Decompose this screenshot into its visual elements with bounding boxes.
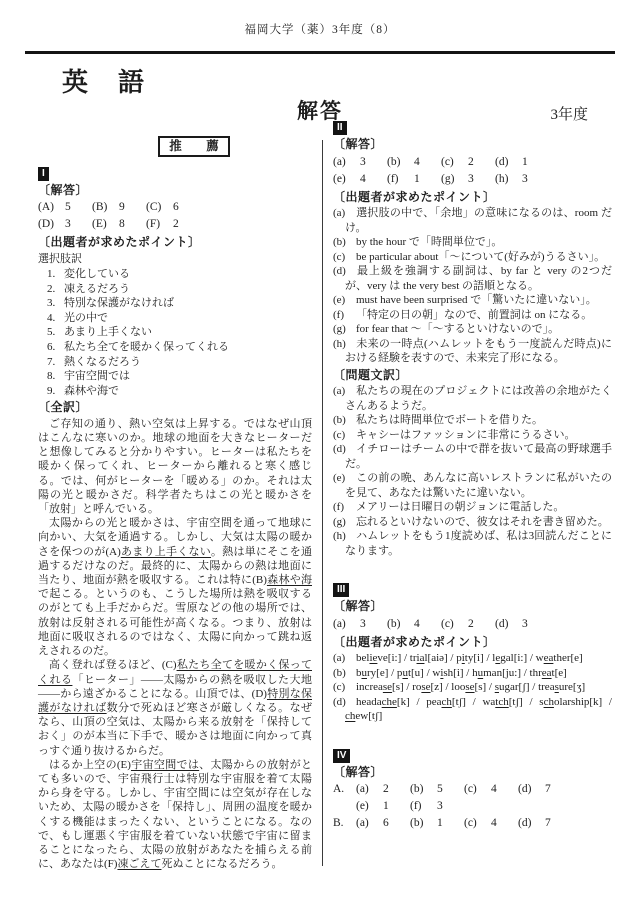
- text-run: [k] / pea: [397, 696, 442, 708]
- list-item: 9.森林や海で: [47, 384, 312, 399]
- translation-paragraph: はるか上空の(E)宇宙空間では、太陽からの放射がとても多いので、宇宙飛行士は特別…: [38, 758, 312, 872]
- answer-key: (c): [441, 154, 468, 171]
- underlined-phrase: tch: [495, 696, 508, 708]
- list-item: 2.凍えるだろう: [47, 282, 312, 297]
- section-2-translations-list: (a)私たちの現在のプロジェクトには改善の余地がたくさんあるようだ。(b)私たち…: [333, 384, 612, 558]
- answer-value: 1: [414, 171, 441, 188]
- underlined-phrase: 凍ごえて: [117, 858, 161, 870]
- text-run: [z] / loo: [431, 681, 466, 693]
- underlined-phrase: se: [383, 681, 392, 693]
- underlined-phrase: ch: [442, 696, 452, 708]
- answer-key: (a): [356, 781, 383, 798]
- item-label: 2.: [47, 282, 64, 297]
- section-1: I: [38, 166, 312, 181]
- answer-row: (e)1(f)3: [333, 798, 612, 815]
- item-label: 6.: [47, 340, 64, 355]
- text-run: 、太陽からの放射がとても多いので、宇宙飛行士は特別な宇宙服を着て太陽から身を守る…: [38, 759, 312, 870]
- answer-key: (c): [441, 616, 468, 633]
- section-3-points-heading: 〔出題者が求めたポイント〕: [333, 635, 612, 650]
- item-text: by the hour で「時間単位で」。: [356, 236, 502, 248]
- section-3-label: III: [333, 583, 349, 597]
- item-label: (d): [333, 442, 356, 457]
- item-label: 5.: [47, 325, 64, 340]
- answer-key: (a): [356, 815, 383, 832]
- list-item: (h)ハムレットをもう1度読めば、私は3回読んだことになります。: [333, 529, 612, 558]
- text-run: [s] /: [475, 681, 495, 693]
- section-1-points-heading: 〔出題者が求めたポイント〕: [38, 235, 312, 250]
- item-label: (b): [333, 413, 356, 428]
- item-text: 特別な保護がなければ: [64, 297, 174, 309]
- section-2-translations-heading: 〔問題文訳〕: [333, 368, 612, 383]
- answer-key: (c): [464, 815, 491, 832]
- text-run: ugar[ʃ] / trea: [499, 681, 555, 693]
- list-item: (d)最上級を強調する副詞は、by far と very の2つだが、very …: [333, 264, 612, 293]
- answer-key: (a): [333, 154, 360, 171]
- list-item: 6.私たち全てを暖かく保ってくれる: [47, 340, 312, 355]
- text-run: ご存知の通り、熱い空気は上昇する。ではなぜ山頂はこんなに寒いのか。地球の地面を大…: [38, 418, 312, 515]
- answer-key: (c): [464, 781, 491, 798]
- answer-key: (h): [495, 171, 522, 188]
- answer-key: (E): [92, 216, 119, 233]
- item-text: あまり上手くない: [64, 326, 152, 338]
- item-label: (g): [333, 515, 356, 530]
- item-text: 私たち全てを暖かく保ってくれる: [64, 341, 229, 353]
- list-item: 7.熱くなるだろう: [47, 355, 312, 370]
- item-text: 最上級を強調する副詞は、by far と very の2つだが、very は t…: [345, 265, 612, 292]
- item-text: for fear that ～「～するといけないので」。: [356, 323, 559, 335]
- text-run: sh[i] / h: [443, 667, 477, 679]
- section-3-answer-heading: 〔解答〕: [333, 599, 612, 614]
- list-item: (d)イチローはチームの中で群を抜いて最高の野球選手だ。: [333, 442, 612, 471]
- text-run: heada: [356, 696, 382, 708]
- item-label: (b): [333, 666, 356, 681]
- item-label: (a): [333, 651, 356, 666]
- item-label: (f): [333, 500, 356, 515]
- answer-key: (b): [410, 815, 437, 832]
- section-2-label: II: [333, 121, 347, 135]
- list-item: 8.宇宙空間では: [47, 369, 312, 384]
- item-text: must have been surprised で「驚いたに違いない」。: [356, 294, 597, 306]
- text-run: ther[e]: [553, 652, 582, 664]
- item-text: 変化している: [64, 268, 130, 280]
- answer-key: (F): [146, 216, 173, 233]
- section-3-points-list: (a)believe[i:] / trial[aiə] / pity[i] / …: [333, 651, 612, 724]
- answer-value: 9: [119, 199, 146, 216]
- list-item: (a)私たちの現在のプロジェクトには改善の余地がたくさんあるようだ。: [333, 384, 612, 413]
- list-item: (a)believe[i:] / trial[aiə] / pity[i] / …: [333, 651, 612, 666]
- text-run: olarship[k] /: [554, 696, 612, 708]
- answer-row: (A)5(B)9(C)6: [38, 199, 312, 216]
- underlined-phrase: se: [421, 681, 430, 693]
- answer-value: 4: [491, 781, 518, 798]
- section-2-answer-heading: 〔解答〕: [333, 137, 612, 152]
- answer-value: 6: [383, 815, 410, 832]
- item-label: 9.: [47, 384, 64, 399]
- answer-row: A.(a)2(b)5(c)4(d)7: [333, 781, 612, 798]
- item-text: キャシーはファッションに非常にうるさい。: [356, 429, 576, 441]
- list-item: (c)キャシーはファッションに非常にうるさい。: [333, 428, 612, 443]
- list-item: (e)must have been surprised で「驚いたに違いない」。: [333, 293, 612, 308]
- answer-key: (f): [387, 171, 414, 188]
- translation-paragraph: 高く登れば登るほど、(C)私たち全てを暖かく保ってくれる「ヒーター」——太陽から…: [38, 658, 312, 757]
- answer-value: 4: [414, 154, 441, 171]
- answer-key: (g): [441, 171, 468, 188]
- text-run: gal[i:] / w: [500, 652, 543, 664]
- item-label: (c): [333, 680, 356, 695]
- section-2-answer-grid: (a)3(b)4(c)2(d)1(e)4(f)1(g)3(h)3: [333, 154, 612, 188]
- translation-paragraph: 太陽からの光と暖かさは、宇宙空間を通って地球に向かい、大気を通過する。しかし、大…: [38, 516, 312, 658]
- section-4-answer-grid: A.(a)2(b)5(c)4(d)7(e)1(f)3B.(a)6(b)1(c)4…: [333, 781, 612, 832]
- item-label: (h): [333, 529, 356, 544]
- text-run: t[u] / w: [408, 667, 440, 679]
- item-text: 私たちは時間単位でボートを借りた。: [356, 414, 543, 426]
- underlined-phrase: 宇宙空間では: [131, 759, 199, 771]
- section-1-label: I: [38, 167, 49, 181]
- list-item: (b)bury[e] / put[u] / wish[i] / human[ju…: [333, 666, 612, 681]
- answer-value: 4: [360, 171, 387, 188]
- answer-value: 7: [545, 815, 572, 832]
- underlined-phrase: ea: [544, 652, 554, 664]
- list-item: (g)for fear that ～「～するといけないので」。: [333, 322, 612, 337]
- list-item: 3.特別な保護がなければ: [47, 296, 312, 311]
- answer-value: 8: [119, 216, 146, 233]
- full-translation: ご存知の通り、熱い空気は上昇する。ではなぜ山頂はこんなに寒いのか。地球の地面を大…: [38, 417, 312, 872]
- text-run: はるか上空の(E): [49, 759, 131, 771]
- answer-value: 7: [545, 781, 572, 798]
- answer-key: (b): [387, 616, 414, 633]
- item-label: (d): [333, 695, 356, 710]
- answer-value: 3: [468, 171, 495, 188]
- answer-value: 6: [173, 199, 200, 216]
- answer-key: (D): [38, 216, 65, 233]
- underlined-phrase: あまり上手くない: [121, 546, 211, 558]
- item-text: メアリーは日曜日の朝ジョンに電話した。: [356, 501, 564, 513]
- list-item: (f)「特定の日の朝」なので、前置詞は on になる。: [333, 308, 612, 323]
- subject-title: 英 語: [62, 62, 146, 99]
- item-label: 7.: [47, 355, 64, 370]
- answer-row: (a)3(b)4(c)2(d)3: [333, 616, 612, 633]
- answer-value: 1: [522, 154, 549, 171]
- answer-value: 3: [360, 616, 387, 633]
- item-label: (c): [333, 250, 356, 265]
- answer-key: (C): [146, 199, 173, 216]
- answer-value: 5: [437, 781, 464, 798]
- answer-key: (b): [387, 154, 414, 171]
- underlined-phrase: che: [382, 696, 397, 708]
- section-4: IV: [333, 748, 612, 763]
- text-run: [tʃ] / wa: [452, 696, 495, 708]
- answer-key: (d): [495, 154, 522, 171]
- list-item: (g)忘れるといけないので、彼女はそれを書き留めた。: [333, 515, 612, 530]
- list-item: (c)be particular about「～について(好みが)うるさい」。: [333, 250, 612, 265]
- section-4-label: IV: [333, 749, 350, 763]
- answer-value: 3: [522, 171, 549, 188]
- answer-key: (d): [518, 781, 545, 798]
- answer-key: (d): [495, 616, 522, 633]
- section-2: II: [333, 120, 612, 135]
- list-item: 4.光の中で: [47, 311, 312, 326]
- item-label: (a): [333, 206, 356, 221]
- answer-value: 1: [437, 815, 464, 832]
- left-column: 推 薦 I 〔解答〕 (A)5(B)9(C)6(D)3(E)8(F)2 〔出題者…: [38, 136, 312, 871]
- list-item: (d)headache[k] / peach[tʃ] / watch[tʃ] /…: [333, 695, 612, 724]
- text-run: ve[i:] / tr: [377, 652, 416, 664]
- text-run: ty[i] / l: [465, 652, 496, 664]
- full-translation-heading: 〔全訳〕: [38, 400, 312, 415]
- text-run: 高く登れば登るほど、(C): [49, 659, 177, 671]
- item-text: 私たちの現在のプロジェクトには改善の余地がたくさんあるようだ。: [345, 385, 612, 412]
- item-label: (f): [333, 308, 356, 323]
- item-label: 3.: [47, 296, 64, 311]
- header-rule: [25, 51, 615, 54]
- text-run: [tʃ] / s: [509, 696, 544, 708]
- section-2-points-heading: 〔出題者が求めたポイント〕: [333, 190, 612, 205]
- translation-paragraph: ご存知の通り、熱い空気は上昇する。ではなぜ山頂はこんなに寒いのか。地球の地面を大…: [38, 417, 312, 516]
- item-text: 凍えるだろう: [64, 283, 130, 295]
- text-run: increa: [356, 681, 383, 693]
- list-item: (h)未来の一時点(ハムレットをもう一度読んだ時点)における経験を表すので、未来…: [333, 337, 612, 366]
- item-text: イチローはチームの中で群を抜いて最高の野球選手だ。: [345, 443, 612, 470]
- section-4-answer-heading: 〔解答〕: [333, 765, 612, 780]
- text-run: [s] / ro: [392, 681, 421, 693]
- item-label: (d): [333, 264, 356, 279]
- list-item: (c)increase[s] / rose[z] / loose[s] / su…: [333, 680, 612, 695]
- list-item: (a)選択肢の中で、「余地」の意味になるのは、room だけ。: [333, 206, 612, 235]
- answer-value: 4: [414, 616, 441, 633]
- item-text: 選択肢の中で、「余地」の意味になるのは、room だけ。: [345, 207, 612, 234]
- list-item: (b)by the hour で「時間単位で」。: [333, 235, 612, 250]
- list-item: 5.あまり上手くない: [47, 325, 312, 340]
- text-run: t[e]: [552, 667, 567, 679]
- answer-value: 5: [65, 199, 92, 216]
- text-run: ew[tʃ]: [355, 710, 382, 722]
- item-text: この前の晩、あんなに高いレストランに私がいたのを見て、あなたは驚いたに違いない。: [345, 472, 612, 499]
- exam-type-badge: 推 薦: [158, 136, 230, 157]
- answer-key: (B): [92, 199, 119, 216]
- underlined-phrase: ea: [542, 667, 552, 679]
- answer-key: (b): [410, 781, 437, 798]
- underlined-phrase: ch: [544, 696, 554, 708]
- item-label: (c): [333, 428, 356, 443]
- text-run: l[aiə] / p: [424, 652, 461, 664]
- answer-key: (d): [518, 815, 545, 832]
- text-run: ry[e] / p: [367, 667, 402, 679]
- item-label: 4.: [47, 311, 64, 326]
- section-1-answer-grid: (A)5(B)9(C)6(D)3(E)8(F)2: [38, 199, 312, 233]
- answer-value: 2: [468, 616, 495, 633]
- right-column: II 〔解答〕 (a)3(b)4(c)2(d)1(e)4(f)1(g)3(h)3…: [333, 120, 612, 832]
- list-item: (b)私たちは時間単位でボートを借りた。: [333, 413, 612, 428]
- choices-subheading: 選択肢訳: [38, 252, 312, 267]
- item-text: 「特定の日の朝」なので、前置詞は on になる。: [356, 309, 592, 321]
- item-text: 光の中で: [64, 312, 108, 324]
- item-label: (a): [333, 384, 356, 399]
- answer-row: B.(a)6(b)1(c)4(d)7: [333, 815, 612, 832]
- item-text: 森林や海で: [64, 385, 119, 397]
- answer-value: 3: [360, 154, 387, 171]
- item-text: 宇宙空間では: [64, 370, 130, 382]
- item-label: (e): [333, 471, 356, 486]
- answer-value: 2: [173, 216, 200, 233]
- item-text: 未来の一時点(ハムレットをもう一度読んだ時点)における経験を表すので、未来完了形…: [345, 338, 612, 365]
- answer-row-prefix: A.: [333, 781, 356, 798]
- answer-value: 3: [65, 216, 92, 233]
- item-text: 忘れるといけないので、彼女はそれを書き留めた。: [356, 516, 609, 528]
- list-item: (e)この前の晩、あんなに高いレストランに私がいたのを見て、あなたは驚いたに違い…: [333, 471, 612, 500]
- text-run: bel: [356, 652, 369, 664]
- text-run: で起こる。というのも、こうした場所は熱を吸収するのがとても上手だからだ。雪原など…: [38, 588, 312, 657]
- item-text: ハムレットをもう1度読めば、私は3回読んだことになります。: [345, 530, 612, 557]
- answer-value: 3: [437, 798, 464, 815]
- answer-key: (A): [38, 199, 65, 216]
- underlined-phrase: se: [465, 681, 474, 693]
- answer-value: 3: [522, 616, 549, 633]
- text-run: 死ぬことになるだろう。: [161, 858, 282, 870]
- text-run: ure[ʒ]: [559, 681, 585, 693]
- item-text: 熱くなるだろう: [64, 356, 141, 368]
- answer-key: (f): [410, 798, 437, 815]
- answer-row: (e)4(f)1(g)3(h)3: [333, 171, 612, 188]
- item-label: (g): [333, 322, 356, 337]
- underlined-phrase: 森林や海: [267, 574, 312, 586]
- item-label: 1.: [47, 267, 64, 282]
- answer-value: 2: [383, 781, 410, 798]
- item-label: 8.: [47, 369, 64, 384]
- answer-row: (D)3(E)8(F)2: [38, 216, 312, 233]
- answer-row-prefix: B.: [333, 815, 356, 832]
- section-1-answer-heading: 〔解答〕: [38, 183, 312, 198]
- page-header: 福岡大学（薬）3年度（8）: [0, 21, 640, 37]
- item-label: (h): [333, 337, 356, 352]
- answer-key: (e): [333, 171, 360, 188]
- answer-value: 2: [468, 154, 495, 171]
- section-2-points-list: (a)選択肢の中で、「余地」の意味になるのは、room だけ。(b)by the…: [333, 206, 612, 366]
- answer-value: 4: [491, 815, 518, 832]
- section-3-answer-grid: (a)3(b)4(c)2(d)3: [333, 616, 612, 633]
- answer-key: (e): [356, 798, 383, 815]
- list-item: 1.変化している: [47, 267, 312, 282]
- list-item: (f)メアリーは日曜日の朝ジョンに電話した。: [333, 500, 612, 515]
- item-label: (b): [333, 235, 356, 250]
- answer-value: 1: [383, 798, 410, 815]
- column-divider: [322, 140, 323, 866]
- answer-row: (a)3(b)4(c)2(d)1: [333, 154, 612, 171]
- item-text: be particular about「～について(好みが)うるさい」。: [356, 251, 605, 263]
- answer-key: (a): [333, 616, 360, 633]
- section-3: III: [333, 582, 612, 597]
- text-run: man[ju:] / thr: [483, 667, 542, 679]
- item-label: (e): [333, 293, 356, 308]
- choice-list: 1.変化している2.凍えるだろう3.特別な保護がなければ4.光の中で5.あまり上…: [47, 267, 312, 398]
- underlined-phrase: ch: [345, 710, 355, 722]
